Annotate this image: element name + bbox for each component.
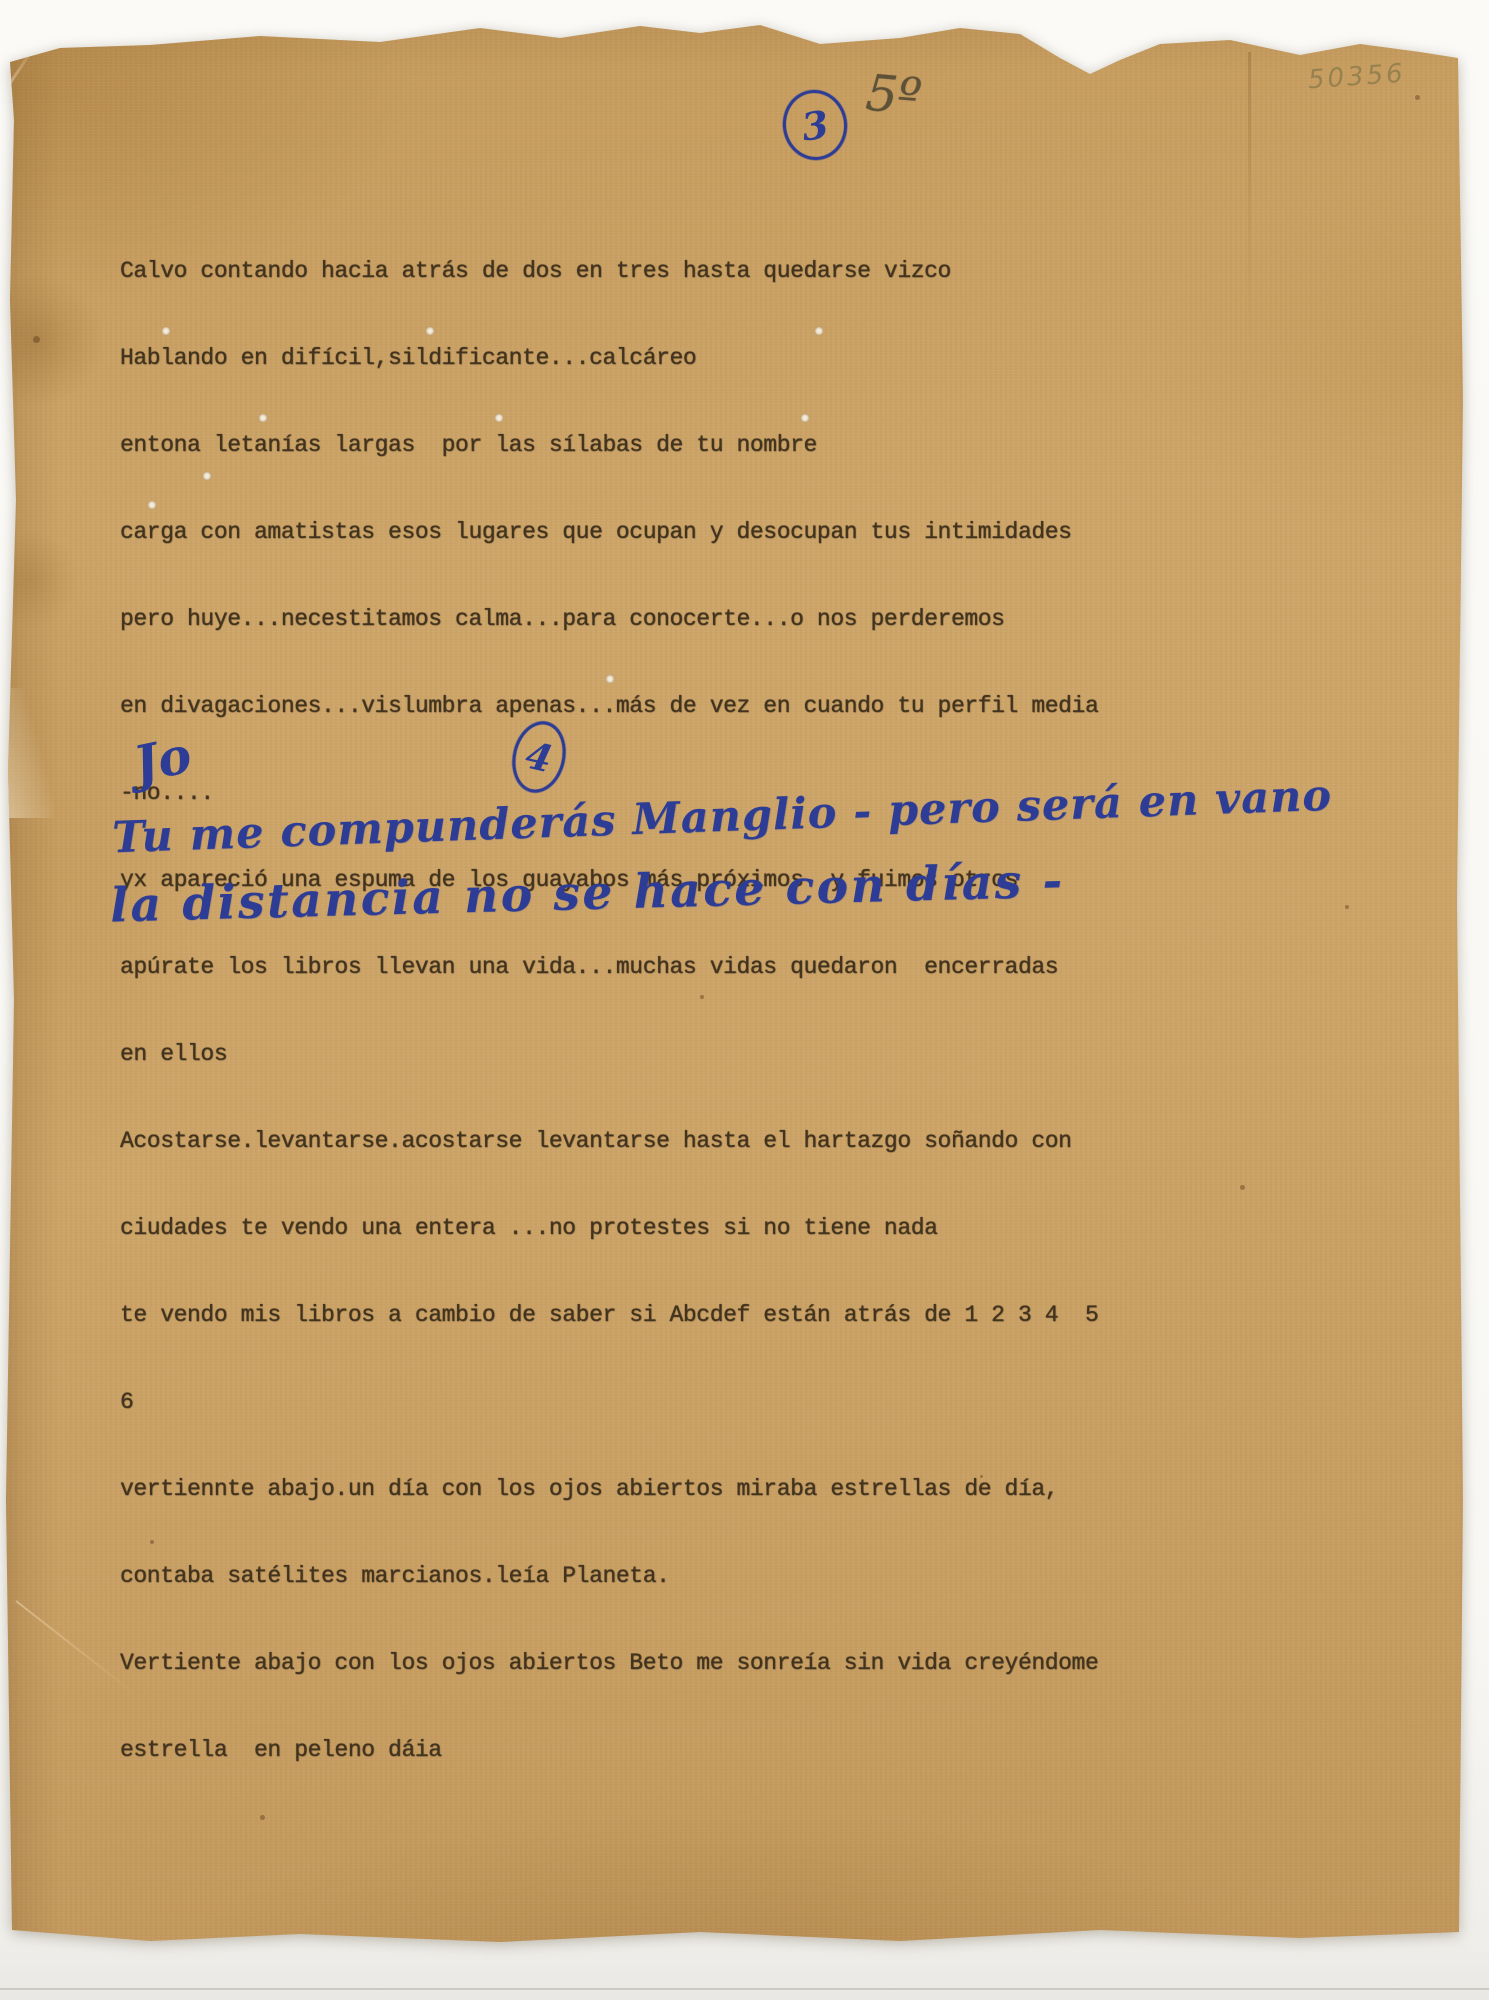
punch-hole (203, 472, 211, 480)
typed-line: te vendo mis libros a cambio de saber si… (120, 1301, 1098, 1330)
typed-line: carga con amatistas esos lugares que ocu… (120, 518, 1098, 547)
punch-hole (606, 675, 614, 683)
typed-line: en divagaciones...vislumbra apenas...más… (120, 692, 1098, 721)
typed-line: en ellos (120, 1040, 1098, 1069)
typed-line: contaba satélites marcianos.leía Planeta… (120, 1562, 1098, 1591)
paper-speck (1240, 1185, 1245, 1190)
circled-number-4-value: 4 (522, 733, 557, 782)
typed-line: Acostarse.levantarse.acostarse levantars… (120, 1127, 1098, 1156)
punch-hole (162, 327, 170, 335)
typed-line: 6 (120, 1388, 1098, 1417)
typed-line: ciudades te vendo una entera ...no prote… (120, 1214, 1098, 1243)
punch-hole (426, 327, 434, 335)
paper-speck (1415, 95, 1420, 100)
fold-left-edge (6, 688, 54, 818)
typed-line: apúrate los libros llevan una vida...muc… (120, 953, 1098, 982)
punch-hole (801, 414, 809, 422)
document-page: 3 5º 50356 Calvo contando hacia atrás de… (0, 0, 1489, 2000)
catalog-number: 50356 (1307, 59, 1407, 96)
scanner-background: 3 5º 50356 Calvo contando hacia atrás de… (0, 0, 1489, 2000)
typed-line: pero huye...necestitamos calma...para co… (120, 605, 1098, 634)
punch-hole (259, 414, 267, 422)
crease-top-left (0, 42, 38, 209)
punch-hole (148, 501, 156, 509)
typewritten-text-block: Calvo contando hacia atrás de dos en tre… (120, 199, 1098, 1823)
typed-line: entona letanías largas por las sílabas d… (120, 431, 1098, 460)
typed-line: Vertiente abajo con los ojos abiertos Be… (120, 1649, 1098, 1678)
typed-line: vertiennte abajo.un día con los ojos abi… (120, 1475, 1098, 1504)
punch-hole (815, 327, 823, 335)
typed-line: Calvo contando hacia atrás de dos en tre… (120, 257, 1098, 286)
handwritten-initials: Jo (128, 725, 196, 795)
punch-hole (495, 414, 503, 422)
typed-line: Hablando en difícil,sildificante...calcá… (120, 344, 1098, 373)
page-number: 3 (799, 101, 831, 149)
crease-bottom-left (15, 1600, 134, 1694)
typed-line: estrella en peleno dáia (120, 1736, 1098, 1765)
section-mark: 5º (864, 64, 924, 127)
paper-speck (1345, 905, 1349, 909)
paper-speck (33, 336, 40, 343)
circled-page-number: 3 (778, 86, 851, 164)
crease-right (1248, 52, 1251, 352)
